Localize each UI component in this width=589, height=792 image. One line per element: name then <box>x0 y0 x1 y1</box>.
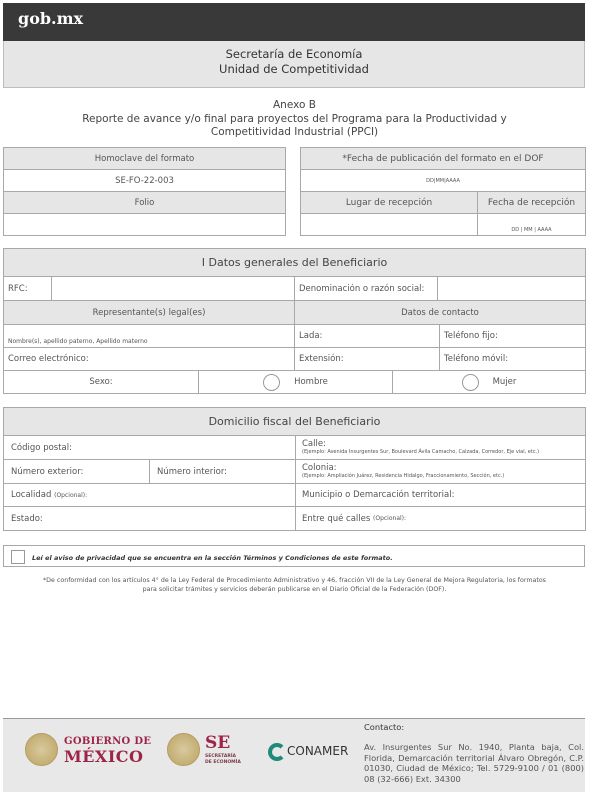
fecha-recepcion-label: Fecha de recepción <box>477 191 586 214</box>
institution-line2: Unidad de Competitividad <box>4 62 584 77</box>
privacy-text: Leí el aviso de privacidad que se encuen… <box>32 554 393 562</box>
extension-field[interactable]: Extensión: <box>294 347 440 371</box>
privacy-acknowledgement: Leí el aviso de privacidad que se encuen… <box>3 545 585 567</box>
sexo-hombre-option[interactable]: Hombre <box>198 370 393 394</box>
hombre-label: Hombre <box>294 377 328 387</box>
calle-hint: (Ejemplo: Avenida Insurgentes Sur, Boule… <box>302 449 539 456</box>
gob-mx-topbar: gob.mx <box>3 3 585 41</box>
institution-header: Secretaría de Economía Unidad de Competi… <box>3 41 585 88</box>
estado-field[interactable]: Estado: <box>3 506 296 531</box>
hombre-radio[interactable] <box>263 374 280 391</box>
folio-label: Folio <box>3 191 286 214</box>
legal-note: *De conformidad con los artículos 4° de … <box>0 576 589 594</box>
fecha-recepcion-field[interactable]: DD | MM | AAAA <box>477 213 586 236</box>
contact-info: Contacto: Av. Insurgentes Sur No. 1940, … <box>361 719 585 792</box>
se-logo-text: SE <box>205 733 230 753</box>
title-line1: Anexo B <box>0 99 589 113</box>
dof-date-value: DD|MM|AAAA <box>300 169 586 192</box>
homoclave-value: SE-FO-22-003 <box>3 169 286 192</box>
telefono-fijo-field[interactable]: Teléfono fijo: <box>439 324 586 348</box>
gobierno-de-text: GOBIERNO DE <box>64 736 151 747</box>
entre-calles-field[interactable]: Entre qué calles (Opcional): <box>295 506 586 531</box>
contacto-header: Datos de contacto <box>294 300 586 325</box>
localidad-field[interactable]: Localidad (Opcional): <box>3 483 296 507</box>
calle-field[interactable]: Calle: (Ejemplo: Avenida Insurgentes Sur… <box>295 435 586 460</box>
numero-exterior-field[interactable]: Número exterior: <box>3 459 150 484</box>
dof-date-label: *Fecha de publicación del formato en el … <box>300 147 586 170</box>
national-seal-icon <box>25 733 58 766</box>
entre-calles-label: Entre qué calles <box>302 514 370 524</box>
calle-label: Calle: <box>302 439 326 449</box>
conamer-logo-icon <box>268 743 286 761</box>
sexo-mujer-option[interactable]: Mujer <box>392 370 586 394</box>
representante-header: Representante(s) legal(es) <box>3 300 295 325</box>
privacy-checkbox[interactable] <box>11 550 25 564</box>
rfc-field[interactable] <box>51 276 295 301</box>
footer-logos: GOBIERNO DE MÉXICO SE SECRETARÍA DE ECON… <box>3 719 358 792</box>
municipio-field[interactable]: Municipio o Demarcación territorial: <box>295 483 586 507</box>
entre-calles-hint: (Opcional): <box>373 515 406 522</box>
contact-label: Contacto: <box>364 722 404 732</box>
numero-interior-field[interactable]: Número interior: <box>149 459 296 484</box>
homoclave-label: Homoclave del formato <box>3 147 286 170</box>
codigo-postal-field[interactable]: Código postal: <box>3 435 296 460</box>
mujer-radio[interactable] <box>462 374 479 391</box>
datos-generales-title: I Datos generales del Beneficiario <box>3 248 586 277</box>
legal-note-line2: para solicitar trámites y servicios debe… <box>0 585 589 594</box>
se-sub1: SECRETARÍA <box>205 754 236 759</box>
localidad-label: Localidad <box>11 490 51 500</box>
document-title: Anexo B Reporte de avance y/o final para… <box>0 99 589 140</box>
mujer-label: Mujer <box>493 377 517 387</box>
lugar-recepcion-label: Lugar de recepción <box>300 191 478 214</box>
contact-address: Av. Insurgentes Sur No. 1940, Planta baj… <box>364 742 584 784</box>
correo-field[interactable]: Correo electrónico: <box>3 347 295 371</box>
se-sub2: DE ECONOMÍA <box>205 760 241 765</box>
lada-field[interactable]: Lada: <box>294 324 440 348</box>
title-line3: Competitividad Industrial (PPCI) <box>0 126 589 140</box>
folio-field[interactable] <box>3 213 286 236</box>
lugar-recepcion-field[interactable] <box>300 213 478 236</box>
title-line2: Reporte de avance y/o final para proyect… <box>0 113 589 127</box>
colonia-label: Colonia: <box>302 463 337 473</box>
sexo-label: Sexo: <box>3 370 199 394</box>
denominacion-field[interactable] <box>437 276 586 301</box>
localidad-hint: (Opcional): <box>54 492 87 499</box>
denominacion-label: Denominación o razón social: <box>294 276 438 301</box>
nombre-field[interactable]: Nombre(s), apellido paterno, Apellido ma… <box>3 324 295 348</box>
rfc-label: RFC: <box>3 276 52 301</box>
conamer-text: CONAMER <box>287 744 348 758</box>
gob-mx-logo: gob.mx <box>18 9 83 28</box>
legal-note-line1: *De conformidad con los artículos 4° de … <box>0 576 589 585</box>
mexico-text: MÉXICO <box>64 747 143 766</box>
telefono-movil-field[interactable]: Teléfono móvil: <box>439 347 586 371</box>
se-seal-icon <box>167 733 200 766</box>
footer: GOBIERNO DE MÉXICO SE SECRETARÍA DE ECON… <box>3 718 585 792</box>
colonia-field[interactable]: Colonia: (Ejemplo: Ampliación Juárez, Re… <box>295 459 586 484</box>
institution-line1: Secretaría de Economía <box>4 47 584 62</box>
domicilio-title: Domicilio fiscal del Beneficiario <box>3 407 586 436</box>
colonia-hint: (Ejemplo: Ampliación Juárez, Residencia … <box>302 473 504 480</box>
